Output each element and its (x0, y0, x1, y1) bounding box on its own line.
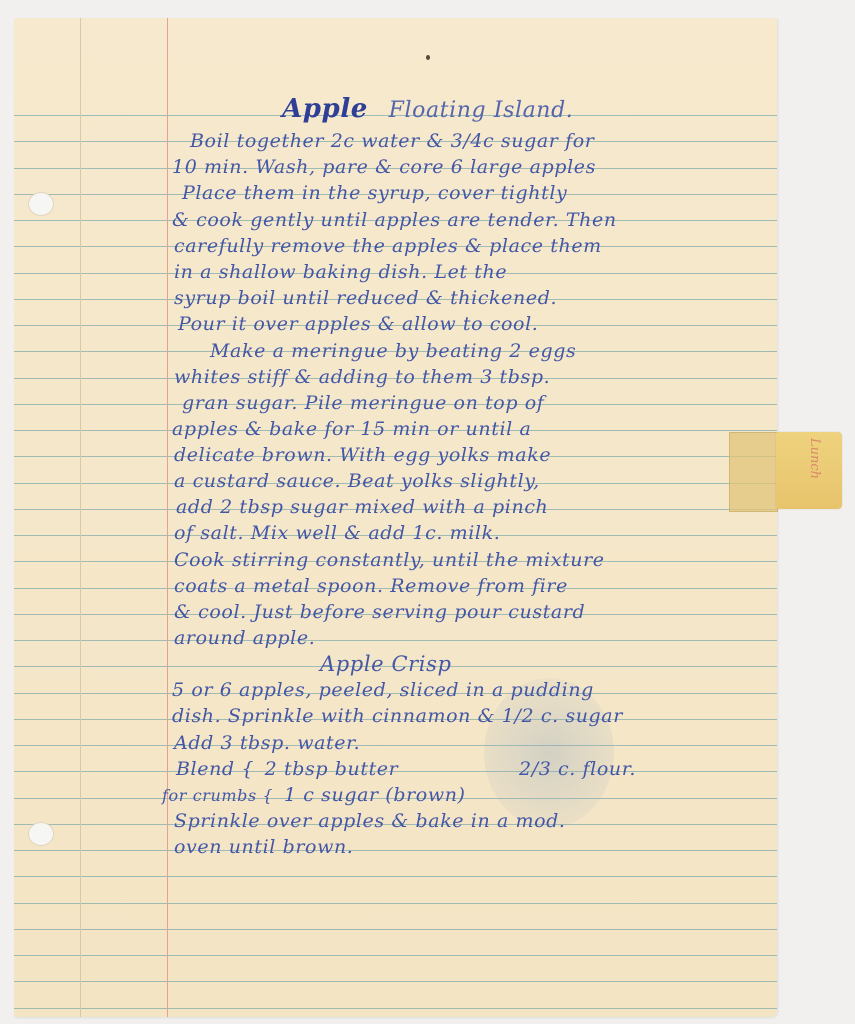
recipe2-final-line: Sprinkle over apples & bake in a mod. (174, 810, 566, 832)
recipe1-line: add 2 tbsp sugar mixed with a pinch (176, 496, 548, 518)
index-tab[interactable]: Lunch (776, 432, 842, 509)
blend-line: Blend { 2 tbsp butter (176, 758, 398, 780)
handwriting: Apple Floating Island. Boil together 2c … (14, 18, 777, 1017)
recipe1-line: a custard sauce. Beat yolks slightly, (174, 470, 540, 492)
recipe2-line: 5 or 6 apples, peeled, sliced in a puddi… (172, 679, 594, 701)
blend-item-butter: 2 tbsp butter (265, 758, 399, 780)
recipe1-line: in a shallow baking dish. Let the (174, 261, 507, 283)
recipe2-line: dish. Sprinkle with cinnamon & 1/2 c. su… (172, 705, 623, 727)
recipe1-line: of salt. Mix well & add 1c. milk. (174, 522, 500, 544)
recipe1-line: whites stiff & adding to them 3 tbsp. (174, 366, 550, 388)
notebook-page: Apple Floating Island. Boil together 2c … (14, 18, 777, 1017)
blend-item-flour: 2/3 c. flour. (519, 758, 636, 780)
tape-strip (729, 432, 778, 512)
recipe1-line: Place them in the syrup, cover tightly (182, 182, 567, 204)
recipe2-final-line: oven until brown. (174, 836, 353, 858)
recipe1-line: & cool. Just before serving pour custard (174, 601, 585, 623)
recipe1-line: & cook gently until apples are tender. T… (172, 209, 617, 231)
recipe1-title-word2: Floating Island. (389, 98, 574, 123)
recipe1-line: carefully remove the apples & place them (174, 235, 602, 257)
recipe1-line: apples & bake for 15 min or until a (172, 418, 531, 440)
crumbs-item: 1 c sugar (brown) (284, 784, 466, 806)
recipe1-line: Make a meringue by beating 2 eggs (210, 340, 576, 362)
recipe1-line: gran sugar. Pile meringue on top of (182, 392, 544, 414)
blend-label: Blend { (176, 758, 254, 780)
recipe1-title-word1: Apple (282, 94, 368, 124)
recipe1-line: syrup boil until reduced & thickened. (174, 287, 557, 309)
recipe1-line: Boil together 2c water & 3/4c sugar for (190, 130, 594, 152)
recipe1-line: 10 min. Wash, pare & core 6 large apples (172, 156, 596, 178)
crumbs-label: for crumbs { (162, 786, 273, 805)
recipe1-line: delicate brown. With egg yolks make (174, 444, 551, 466)
recipe1-line: coats a metal spoon. Remove from fire (174, 575, 568, 597)
index-tab-label: Lunch (800, 438, 822, 502)
recipe2-title: Apple Crisp (320, 653, 452, 675)
recipe1-line: Cook stirring constantly, until the mixt… (174, 549, 605, 571)
recipe1-line: around apple. (174, 627, 315, 649)
recipe1-title: Apple Floating Island. (282, 98, 573, 122)
crumbs-line: for crumbs { 1 c sugar (brown) (162, 784, 466, 807)
recipe1-line: Pour it over apples & allow to cool. (178, 313, 538, 335)
recipe2-line: Add 3 tbsp. water. (174, 732, 360, 754)
